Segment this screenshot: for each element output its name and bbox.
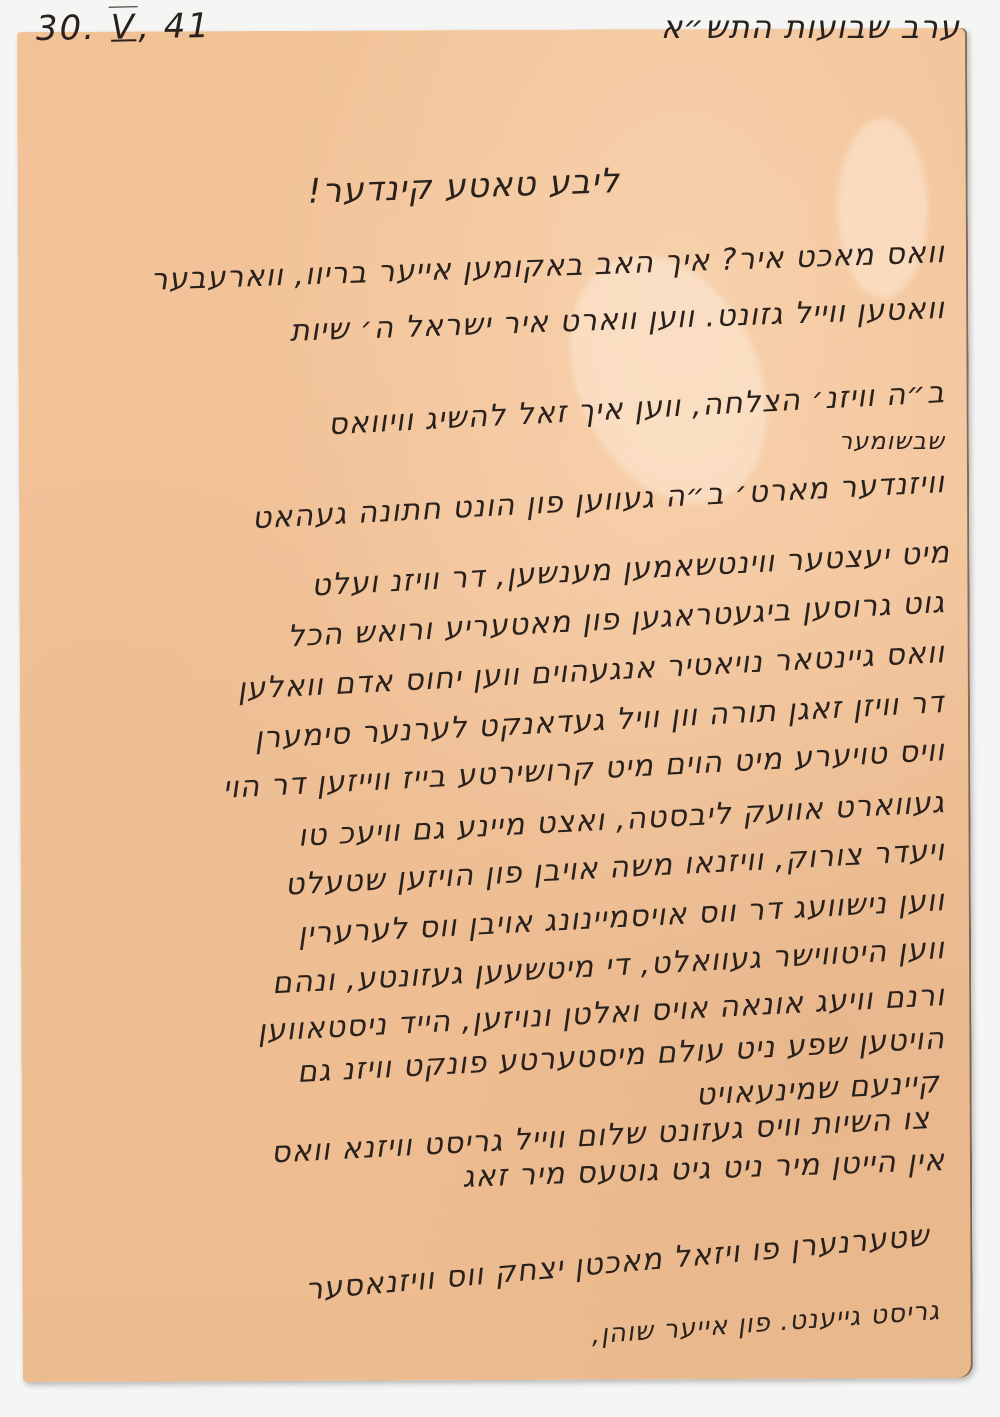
- date-year: , 41: [138, 6, 212, 47]
- hebrew-date: ערב שבועות התש״א: [540, 6, 960, 50]
- date-day: 30.: [36, 8, 97, 49]
- date-month-roman: V: [108, 5, 138, 48]
- body-line: שבשומער: [825, 420, 945, 464]
- gregorian-date: 30. V, 41: [36, 5, 217, 52]
